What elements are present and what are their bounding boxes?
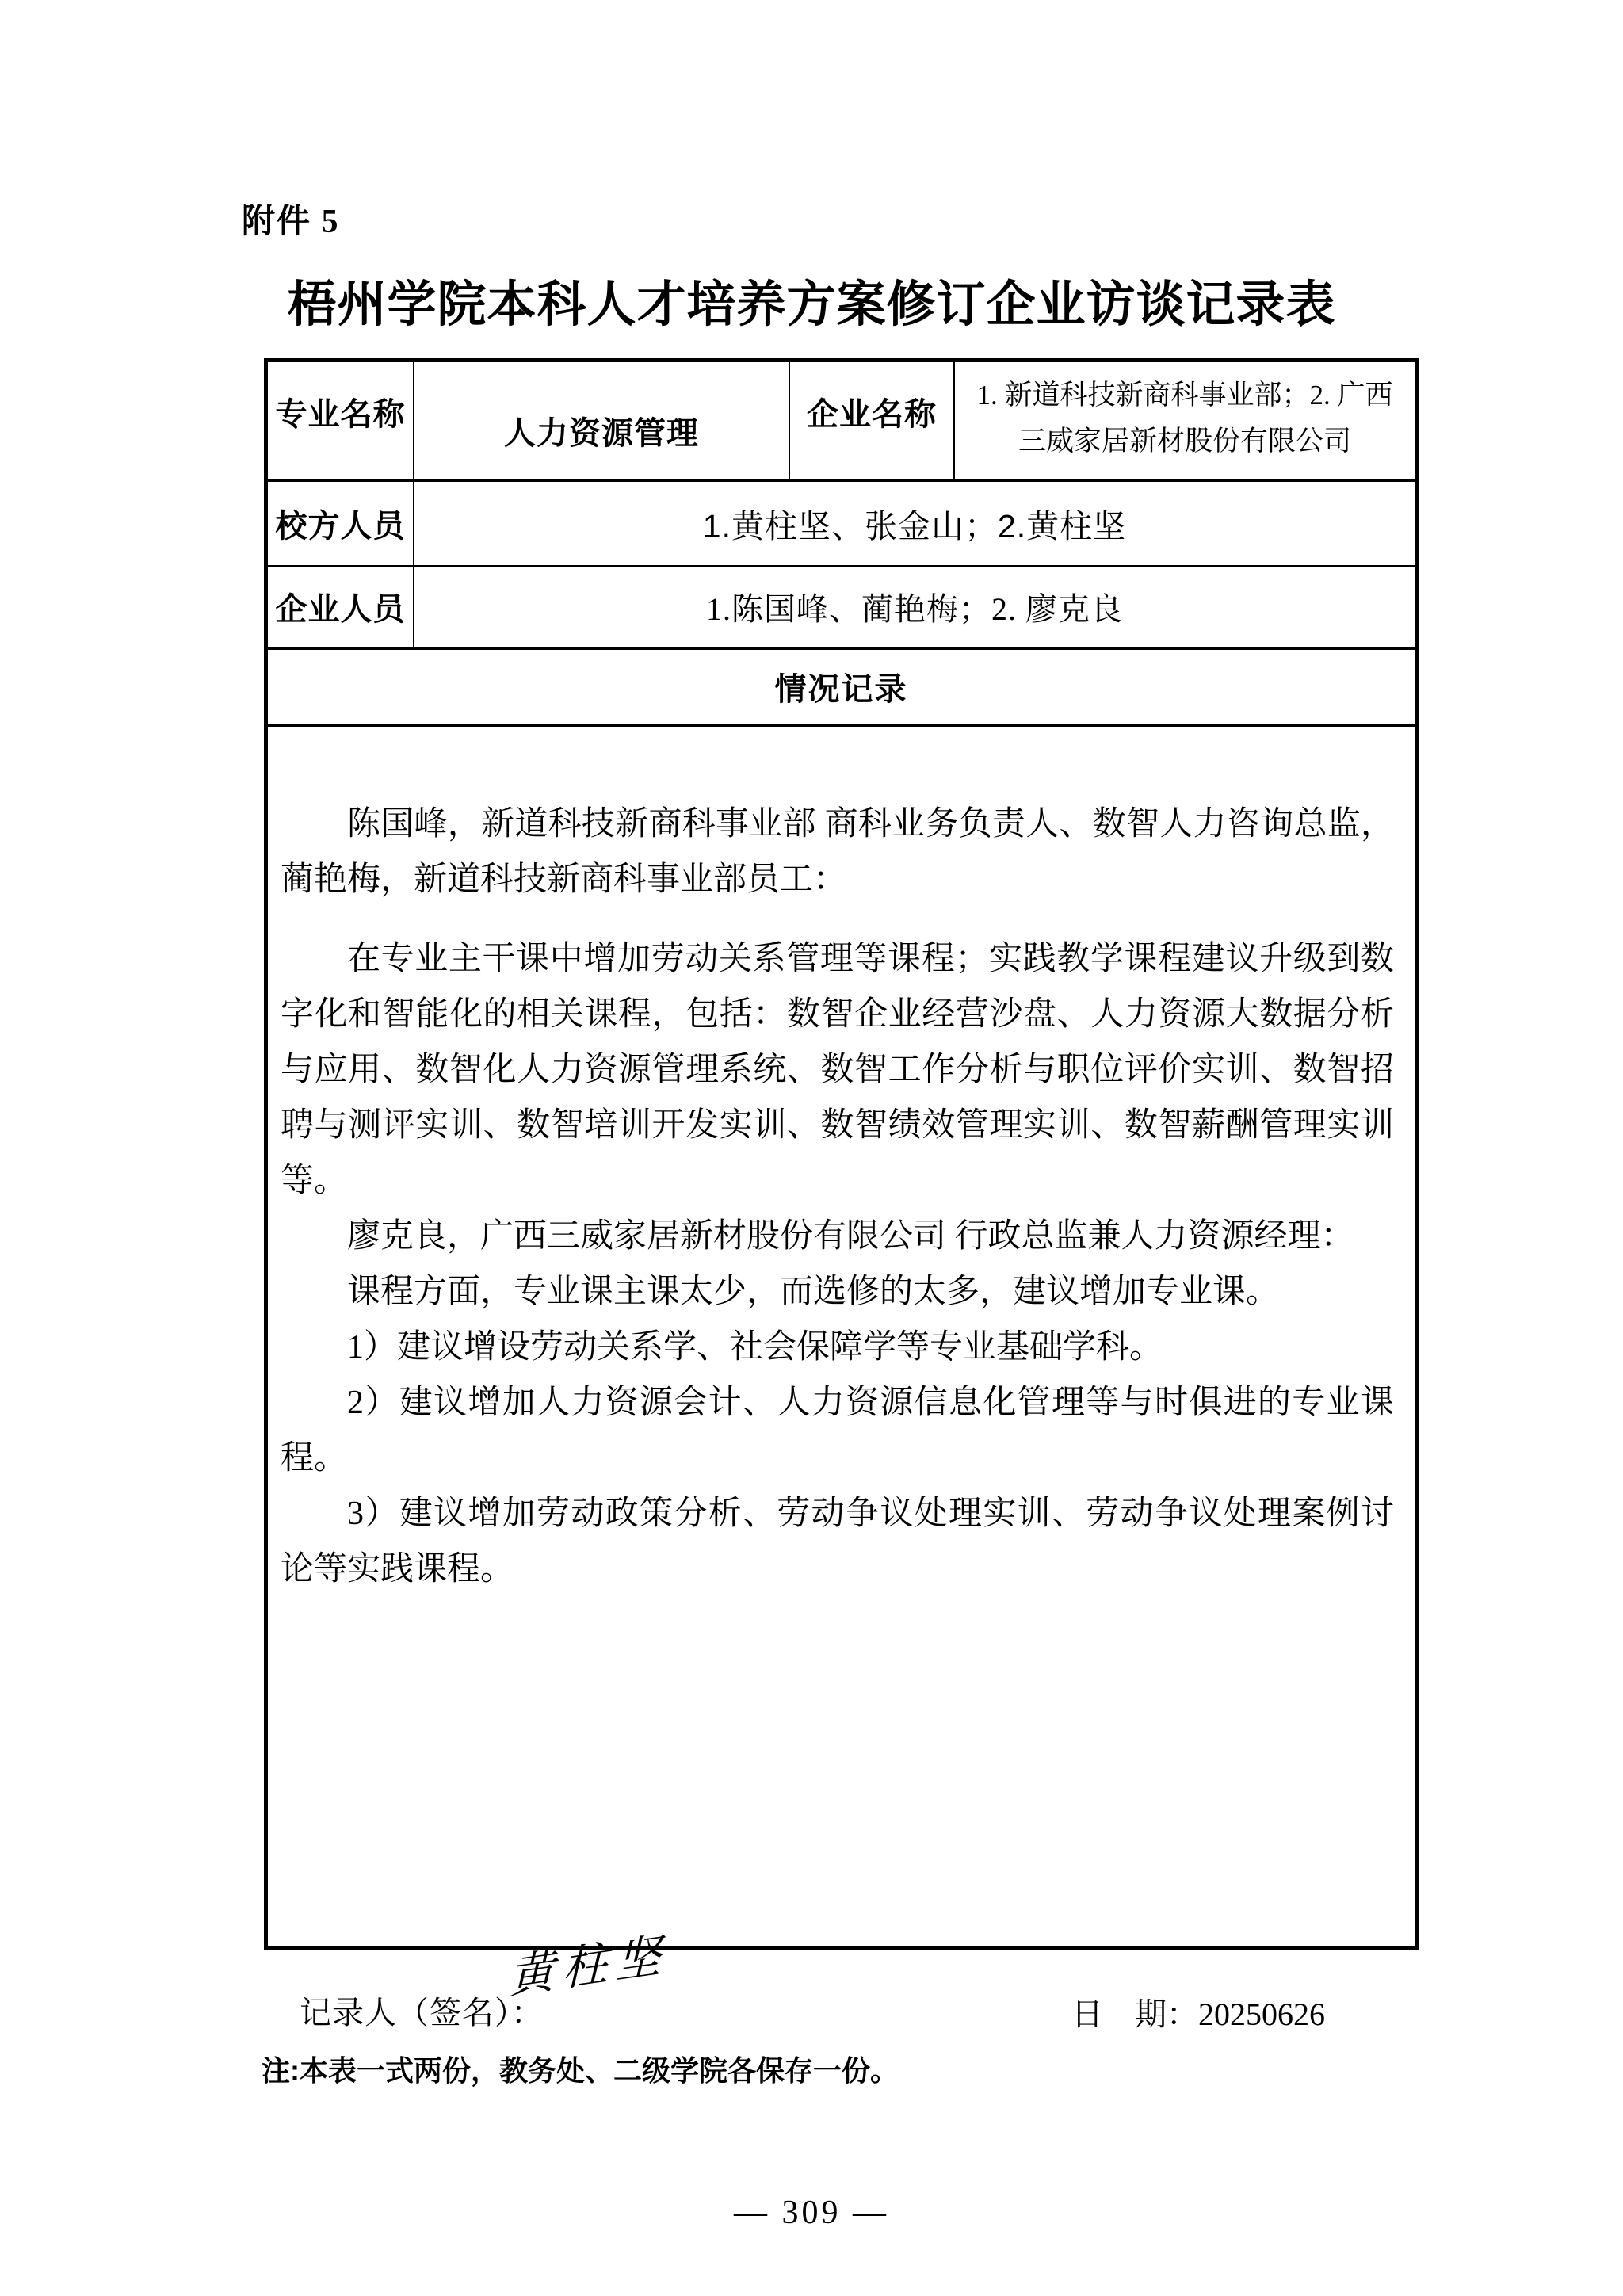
enterprise-staff-label: 企业人员 xyxy=(268,567,414,647)
enterprise-staff-value: 1.陈国峰、蔺艳梅；2. 廖克良 xyxy=(414,567,1415,647)
record-content: 陈国峰，新道科技新商科事业部 商科业务负责人、数智人力咨询总监，蔺艳梅，新道科技… xyxy=(268,727,1415,1946)
major-value-cell: 人力资源管理 xyxy=(414,362,790,479)
page-title: 梧州学院本科人才培养方案修订企业访谈记录表 xyxy=(0,265,1623,335)
recorder-label: 记录人（签名）： xyxy=(300,1988,544,2033)
enterprise-label-cell: 企业名称 xyxy=(790,362,955,479)
date-value: 20250626 xyxy=(1198,1996,1325,2032)
school-staff-value: 1.黄柱坚、张金山；2.黄柱坚 xyxy=(414,482,1415,565)
date-label: 日 期： xyxy=(1071,1996,1198,2032)
interview-record-table: 专业名称 人力资源管理 企业名称 1. 新道科技新商科事业部；2. 广西三威家居… xyxy=(264,358,1419,1950)
record-paragraph: 廖克良，广西三威家居新材股份有限公司 行政总监兼人力资源经理： xyxy=(281,1209,1394,1264)
major-label-cell: 专业名称 xyxy=(268,362,414,479)
attachment-label: 附件 5 xyxy=(242,195,340,243)
table-row-names: 专业名称 人力资源管理 企业名称 1. 新道科技新商科事业部；2. 广西三威家居… xyxy=(268,362,1415,482)
enterprise-value-cell: 1. 新道科技新商科事业部；2. 广西三威家居新材股份有限公司 xyxy=(955,362,1415,479)
school-staff-label: 校方人员 xyxy=(268,482,414,565)
record-section-header: 情况记录 xyxy=(775,664,908,709)
date-line: 日 期：20250626 xyxy=(1071,1989,1325,2034)
record-paragraph: 陈国峰，新道科技新商科事业部 商科业务负责人、数智人力咨询总监，蔺艳梅，新道科技… xyxy=(281,797,1394,907)
table-row-record-header: 情况记录 xyxy=(268,650,1415,727)
document-page: 附件 5 梧州学院本科人才培养方案修订企业访谈记录表 专业名称 人力资源管理 企… xyxy=(0,0,1623,2296)
table-row-school-staff: 校方人员 1.黄柱坚、张金山；2.黄柱坚 xyxy=(268,482,1415,567)
footnote: 注:本表一式两份，教务处、二级学院各保存一份。 xyxy=(262,2049,899,2089)
page-number: — 309 — xyxy=(0,2194,1623,2232)
record-paragraph: 1）建议增设劳动关系学、社会保障学等专业基础学科。 xyxy=(281,1320,1394,1375)
table-row-enterprise-staff: 企业人员 1.陈国峰、蔺艳梅；2. 廖克良 xyxy=(268,567,1415,650)
record-paragraph: 3）建议增加劳动政策分析、劳动争议处理实训、劳动争议处理案例讨论等实践课程。 xyxy=(281,1486,1394,1597)
record-paragraph: 课程方面，专业课主课太少，而选修的太多，建议增加专业课。 xyxy=(281,1264,1394,1320)
record-paragraph: 2）建议增加人力资源会计、人力资源信息化管理等与时俱进的专业课程。 xyxy=(281,1375,1394,1486)
record-paragraph: 在专业主干课中增加劳动关系管理等课程；实践教学课程建议升级到数字化和智能化的相关… xyxy=(281,931,1394,1209)
